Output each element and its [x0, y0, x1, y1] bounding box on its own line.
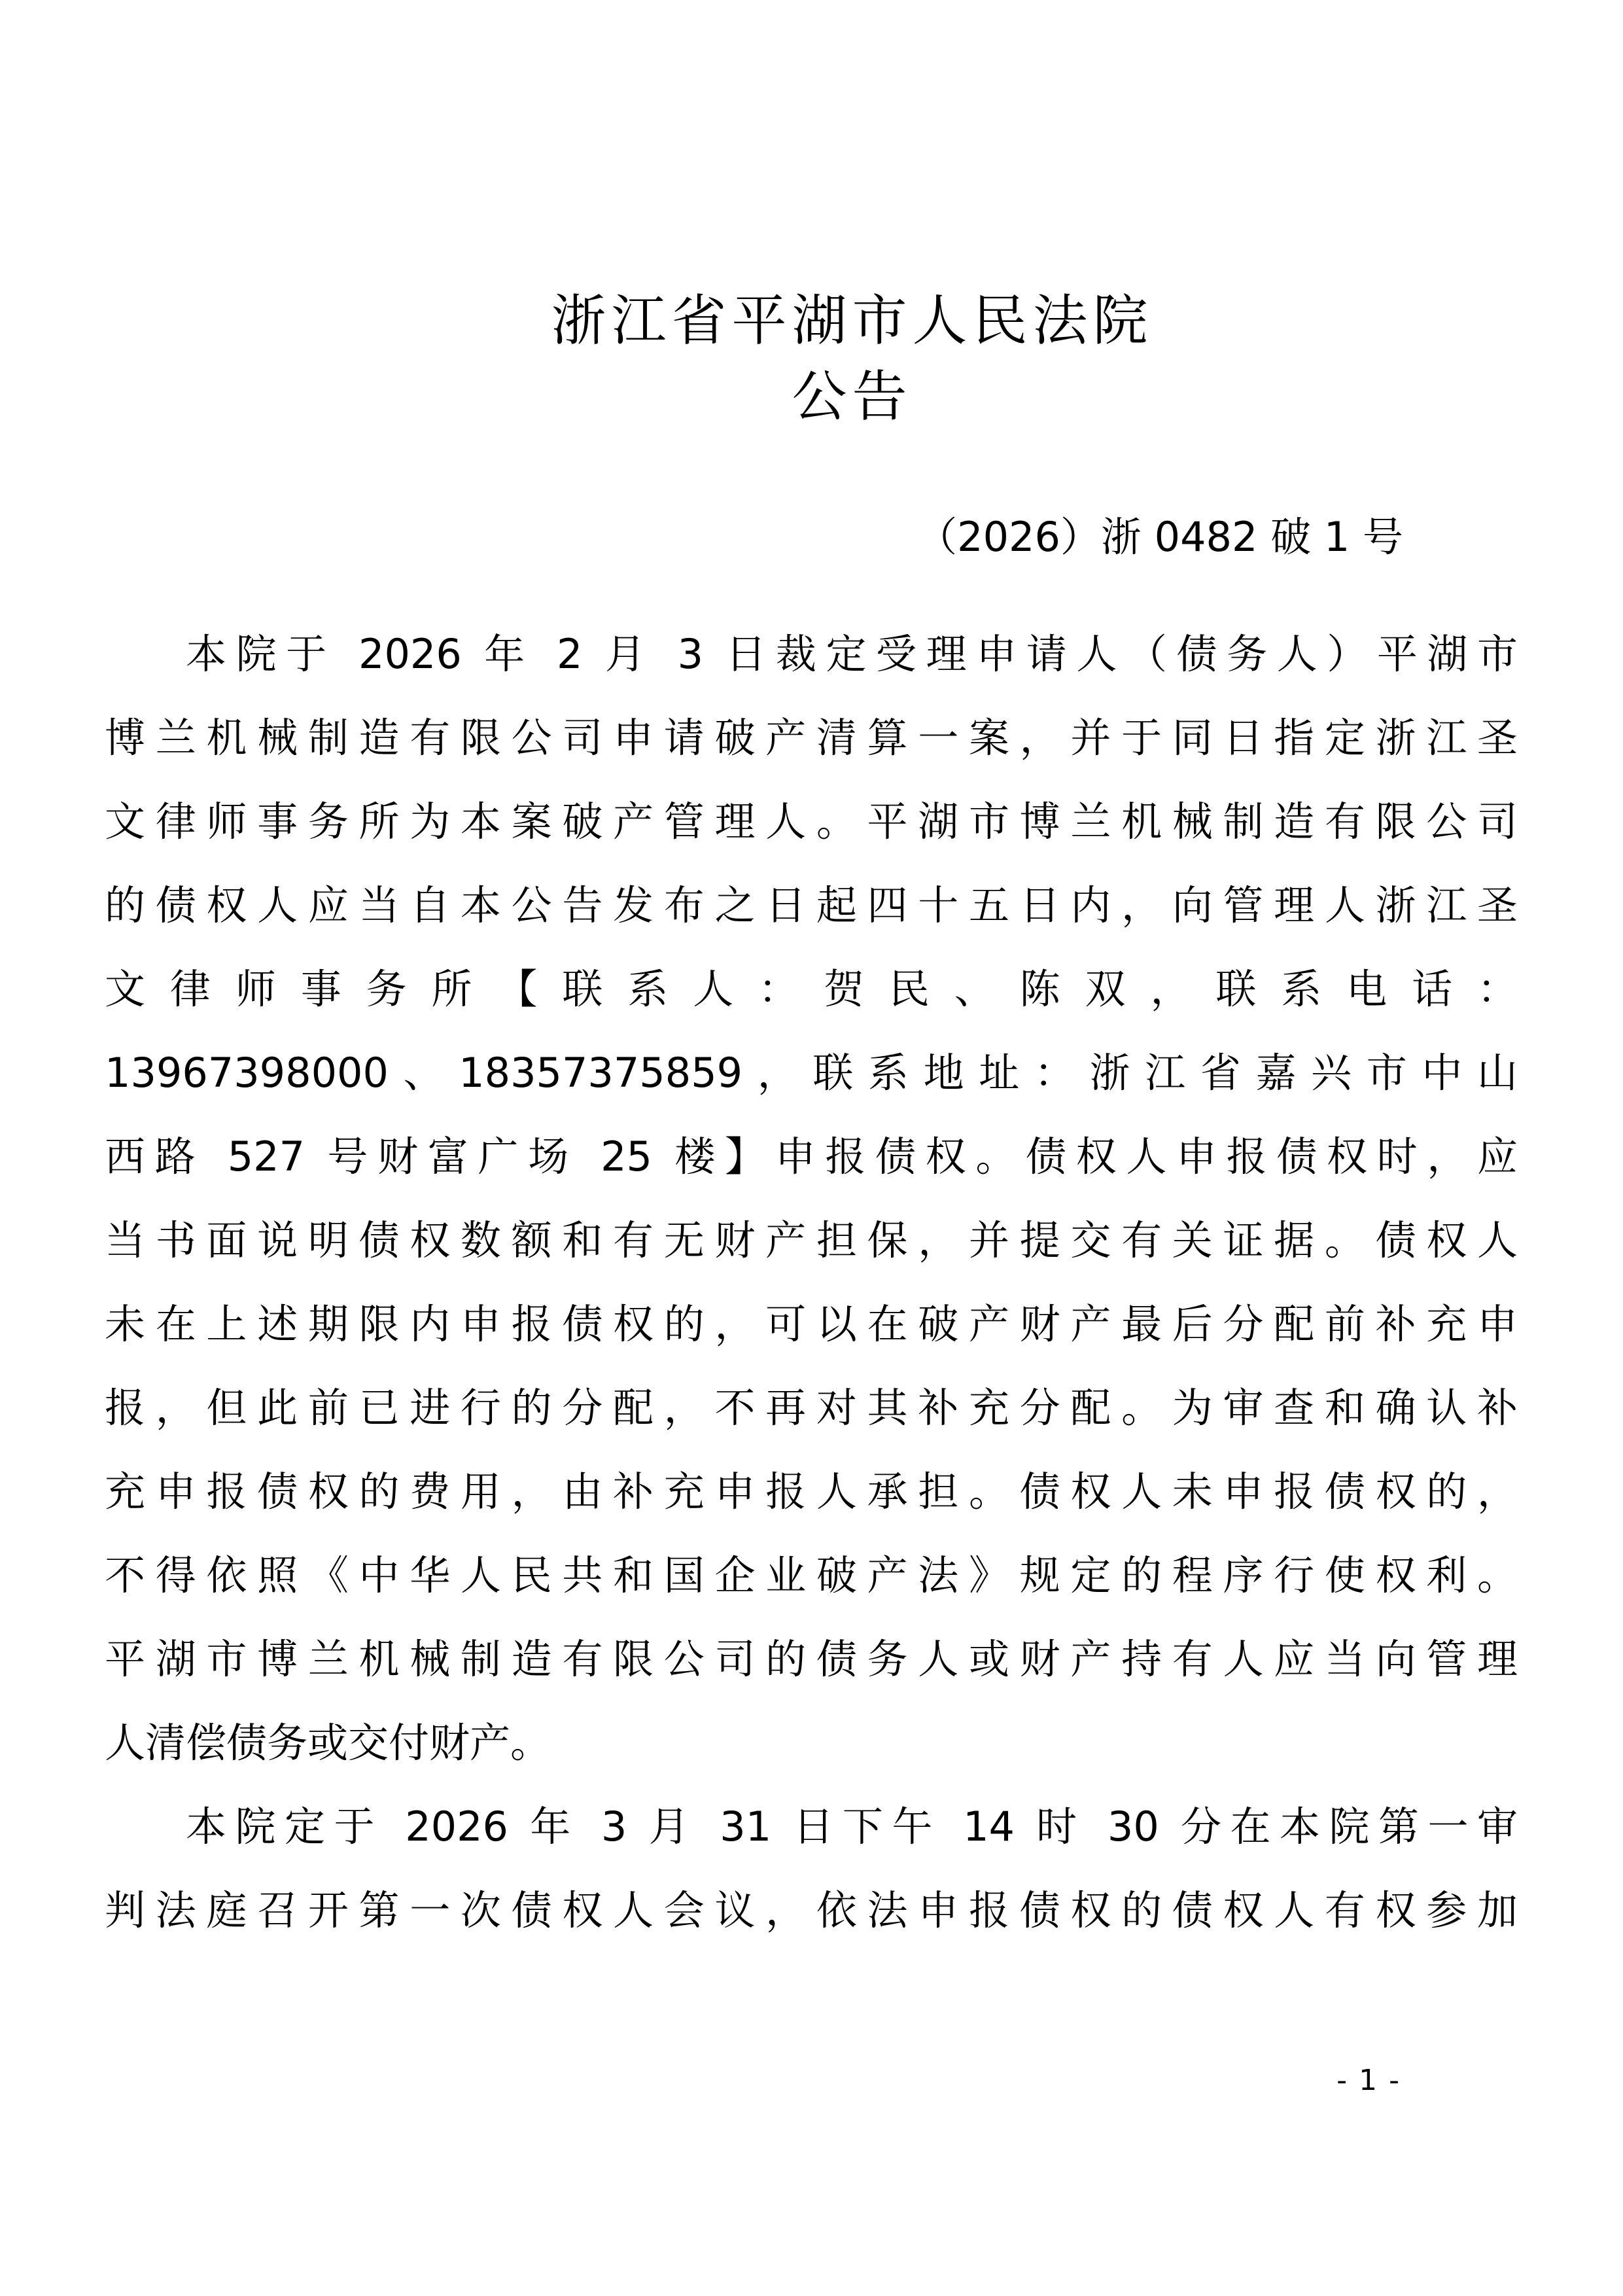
- body-line: 人清偿债务或交付财产。: [105, 1701, 1518, 1785]
- body-line: 本院定于 2026 年 3 月 31 日下午 14 时 30 分在本院第一审: [105, 1785, 1518, 1869]
- court-name-title: 浙江省平湖市人民法院: [41, 288, 1623, 353]
- body-line: 博兰机械制造有限公司申请破产清算一案，并于同日指定浙江圣: [105, 696, 1518, 780]
- body-line: 西路 527 号财富广场 25 楼】申报债权。债权人申报债权时，应: [105, 1115, 1518, 1199]
- body-line: 报，但此前已进行的分配，不再对其补充分配。为审查和确认补: [105, 1366, 1518, 1450]
- body-line: 的债权人应当自本公告发布之日起四十五日内，向管理人浙江圣: [105, 864, 1518, 947]
- announcement-heading: 公告: [41, 364, 1623, 429]
- body-line: 平湖市博兰机械制造有限公司的债务人或财产持有人应当向管理: [105, 1617, 1518, 1701]
- body-line: 充申报债权的费用，由补充申报人承担。债权人未申报债权的，: [105, 1450, 1518, 1534]
- body-line: 当书面说明债权数额和有无财产担保，并提交有关证据。债权人: [105, 1199, 1518, 1282]
- announcement-body: 本院于 2026 年 2 月 3 日裁定受理申请人（债务人）平湖市博兰机械制造有…: [105, 612, 1518, 1952]
- body-line: 文律师事务所为本案破产管理人。平湖市博兰机械制造有限公司: [105, 780, 1518, 864]
- body-line: 不得依照《中华人民共和国企业破产法》规定的程序行使权利。: [105, 1534, 1518, 1617]
- document-page: 浙江省平湖市人民法院 公告 （2026）浙 0482 破 1 号 本院于 202…: [0, 0, 1623, 2296]
- body-line: 判法庭召开第一次债权人会议，依法申报债权的债权人有权参加: [105, 1869, 1518, 1952]
- body-line: 本院于 2026 年 2 月 3 日裁定受理申请人（债务人）平湖市: [105, 612, 1518, 696]
- body-line: 13967398000、18357375859，联系地址：浙江省嘉兴市中山: [105, 1031, 1518, 1115]
- body-line: 未在上述期限内申报债权的，可以在破产财产最后分配前补充申: [105, 1282, 1518, 1366]
- body-line: 文律师事务所【联系人：贺民、陈双，联系电话：: [105, 947, 1518, 1031]
- case-number: （2026）浙 0482 破 1 号: [105, 514, 1518, 560]
- page-number: - 1 -: [1336, 2062, 1401, 2099]
